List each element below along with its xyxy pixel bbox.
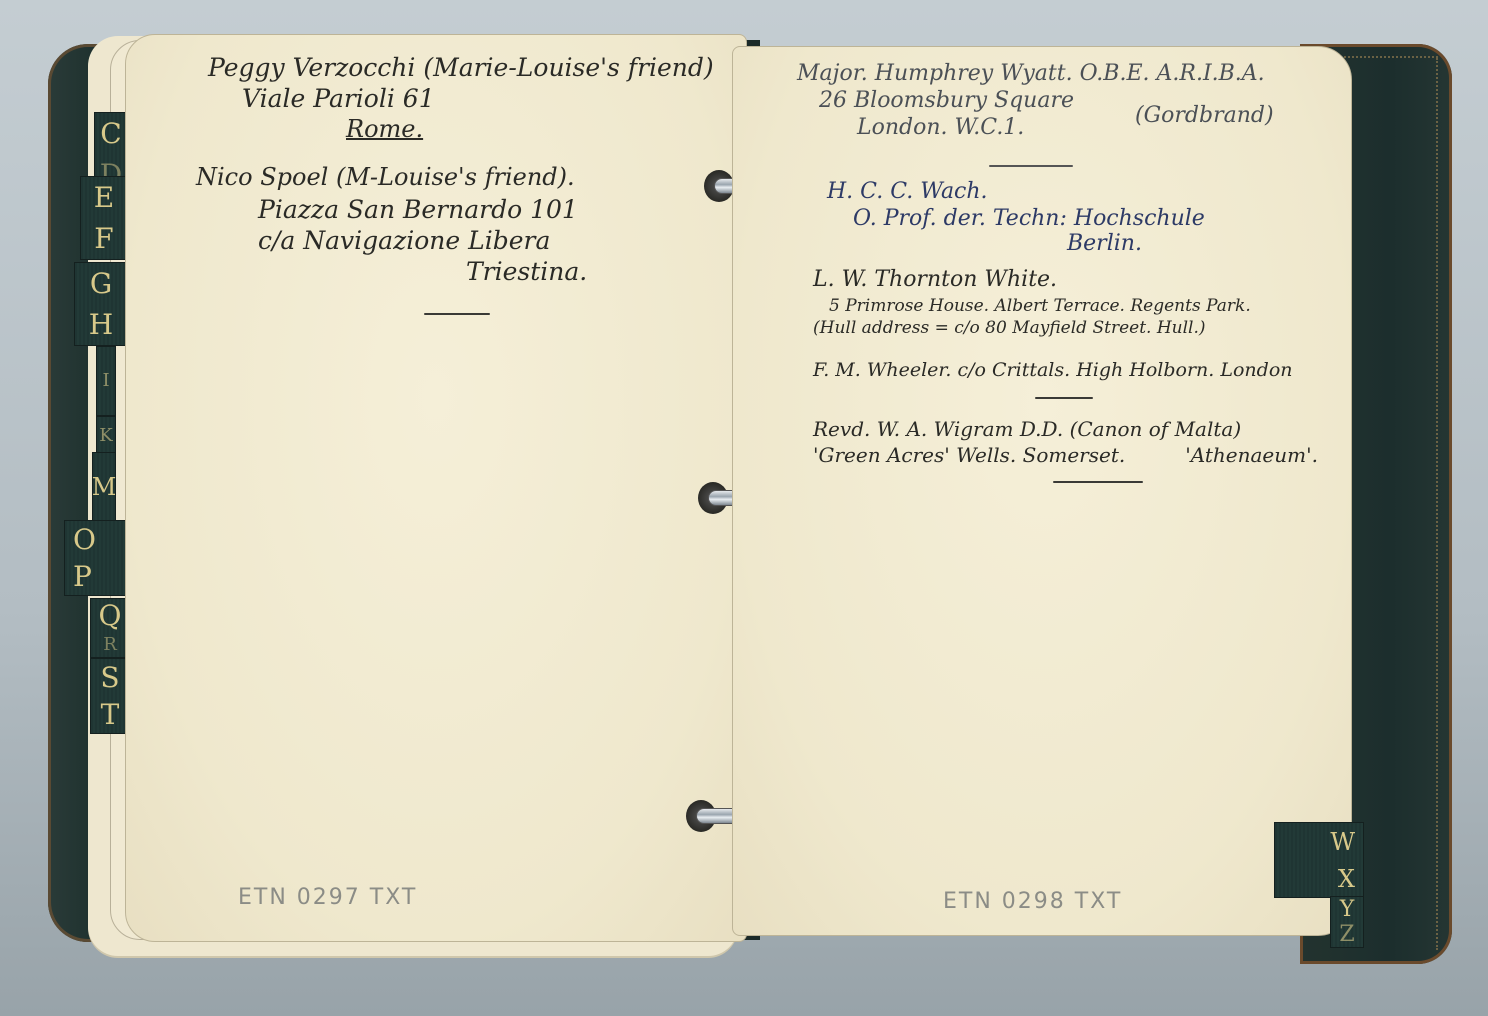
cover-stitching	[1436, 58, 1438, 950]
address-entry-verzocchi: Peggy Verzocchi (Marie-Louise's friend) …	[208, 53, 714, 143]
address-entry-wheeler: F. M. Wheeler. c/o Crittals. High Holbor…	[813, 359, 1293, 381]
tab-mn[interactable]: M	[92, 452, 116, 522]
tab-yz: Y Z	[1330, 896, 1364, 948]
entry-divider	[424, 313, 490, 315]
tab-op[interactable]: O P	[64, 520, 132, 596]
left-page: Peggy Verzocchi (Marie-Louise's friend) …	[125, 34, 747, 942]
tab-st[interactable]: S T	[90, 658, 130, 734]
entry-divider	[989, 165, 1073, 167]
address-entry-thornton-white: L. W. Thornton White. 5 Primrose House. …	[813, 267, 1251, 338]
address-entry-wyatt: Major. Humphrey Wyatt. O.B.E. A.R.I.B.A.…	[797, 61, 1265, 140]
tab-qr[interactable]: Q R	[90, 598, 130, 658]
right-page: Major. Humphrey Wyatt. O.B.E. A.R.I.B.A.…	[732, 46, 1352, 936]
tab-ij[interactable]: I	[96, 346, 116, 416]
address-entry-wigram: Revd. W. A. Wigram D.D. (Canon of Malta)…	[813, 417, 1318, 467]
catalog-number: ETN 0297 TXT	[238, 885, 417, 910]
address-note-gordbrand: (Gordbrand)	[1135, 103, 1274, 128]
tab-gh[interactable]: G H	[74, 262, 128, 346]
entry-divider	[1035, 397, 1093, 399]
tab-kl[interactable]: K	[96, 416, 116, 456]
entry-divider	[1053, 481, 1143, 483]
catalog-number: ETN 0298 TXT	[943, 889, 1122, 914]
address-entry-wach: H. C. C. Wach. O. Prof. der. Techn: Hoch…	[827, 179, 1205, 256]
tab-ef[interactable]: E F	[80, 176, 128, 260]
address-entry-spoel: Nico Spoel (M-Louise's friend). Piazza S…	[196, 163, 587, 286]
tab-wxyz[interactable]: W X	[1274, 822, 1364, 898]
